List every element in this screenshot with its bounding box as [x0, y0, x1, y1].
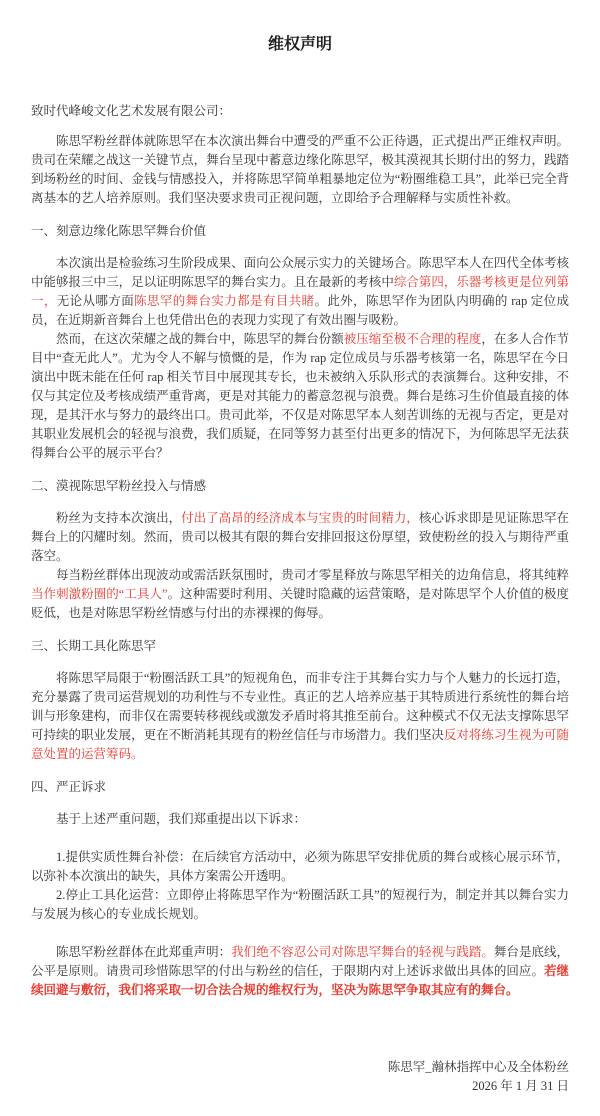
text-segment: 一、刻意边缘化陈思罕舞台价值 [31, 224, 206, 238]
paragraph: 将陈思罕局限于“粉圈活跃工具”的短视角色，而非专注于其舞台实力与个人魅力的长远打… [31, 669, 569, 764]
paragraph: 1.提供实质性舞台补偿：在后续官方活动中，必须为陈思罕安排优质的舞台或核心展示环… [31, 848, 569, 886]
paragraph: 基于上述严重问题，我们郑重提出以下诉求： [31, 810, 569, 829]
paragraph: 2.停止工具化运营：立即停止将陈思罕作为“粉圈活跃工具”的短视行为，制定并其以舞… [31, 886, 569, 924]
text-segment: 当作刺激粉圈的“工具人” [31, 587, 168, 601]
text-segment: 二、漠视陈思罕粉丝投入与情感 [31, 479, 206, 493]
text-segment: 付出了高昂的经济成本与宝贵的时间精力， [181, 511, 419, 525]
text-segment: 每当粉丝群体出现波动或需活跃氛围时，贵司才零星释放与陈思罕相关的边角信息，将其纯… [56, 568, 569, 582]
salutation: 致时代峰峻文化艺术发展有限公司： [31, 102, 569, 121]
text-segment: 陈思罕的舞台实力都是有目共睹 [134, 294, 314, 308]
signature-block: 陈思罕_瀚林指挥中心及全体粉丝 2026 年 1 月 31 日 [31, 1058, 569, 1096]
text-segment: 粉丝为支持本次演出， [56, 511, 181, 525]
paragraph: 陈思罕粉丝群体在此郑重声明：我们绝不容忍公司对陈思罕舞台的轻视与践踏。舞台是底线… [31, 943, 569, 1000]
text-segment: 然而，在这次荣耀之战的舞台中，陈思罕的舞台份额 [56, 332, 344, 346]
text-segment: 无论从哪方面 [57, 294, 134, 308]
signature: 陈思罕_瀚林指挥中心及全体粉丝 [31, 1058, 569, 1077]
section-heading: 三、长期工具化陈思罕 [31, 637, 569, 656]
text-segment: 我们绝不容忍公司对陈思罕舞台的轻视与践踏。 [231, 945, 494, 959]
paragraph: 粉丝为支持本次演出，付出了高昂的经济成本与宝贵的时间精力，核心诉求即是见证陈思罕… [31, 509, 569, 566]
text-segment: 陈思罕粉丝群体在此郑重声明： [56, 945, 231, 959]
paragraph: 然而，在这次荣耀之战的舞台中，陈思罕的舞台份额被压缩至极不合理的程度，在多人合作… [31, 330, 569, 463]
document-blocks: 陈思罕粉丝群体就陈思罕在本次演出舞台中遭受的严重不公正待遇，正式提出严正维权声明… [31, 132, 569, 1000]
text-segment: 2.停止工具化运营：立即停止将陈思罕作为“粉圈活跃工具”的短视行为，制定并其以舞… [31, 888, 569, 921]
paragraph: 本次演出是检验练习生阶段成果、面向公众展示实力的关键场合。陈思罕本人在四代全体考… [31, 254, 569, 330]
paragraph: 陈思罕粉丝群体就陈思罕在本次演出舞台中遭受的严重不公正待遇，正式提出严正维权声明… [31, 132, 569, 208]
section-heading: 二、漠视陈思罕粉丝投入与情感 [31, 477, 569, 496]
text-segment: ，在多人合作节目中“查无此人”。尤为令人不解与愤慨的是，作为 rap 定位成员与… [31, 332, 569, 460]
date: 2026 年 1 月 31 日 [31, 1077, 569, 1096]
document-title: 维权声明 [31, 34, 569, 56]
text-segment: 被压缩至极不合理的程度 [344, 332, 482, 346]
document-page: 维权声明 致时代峰峻文化艺术发展有限公司： 陈思罕粉丝群体就陈思罕在本次演出舞台… [0, 0, 600, 1116]
paragraph: 每当粉丝群体出现波动或需活跃氛围时，贵司才零星释放与陈思罕相关的边角信息，将其纯… [31, 566, 569, 623]
section-heading: 四、严正诉求 [31, 778, 569, 797]
text-segment: 基于上述严重问题，我们郑重提出以下诉求： [56, 812, 306, 826]
text-segment: 陈思罕粉丝群体就陈思罕在本次演出舞台中遭受的严重不公正待遇，正式提出严正维权声明… [31, 134, 569, 205]
text-segment: 三、长期工具化陈思罕 [31, 639, 156, 653]
section-heading: 一、刻意边缘化陈思罕舞台价值 [31, 222, 569, 241]
text-segment: 1.提供实质性舞台补偿：在后续官方活动中，必须为陈思罕安排优质的舞台或核心展示环… [31, 850, 569, 883]
text-segment: 四、严正诉求 [31, 780, 106, 794]
